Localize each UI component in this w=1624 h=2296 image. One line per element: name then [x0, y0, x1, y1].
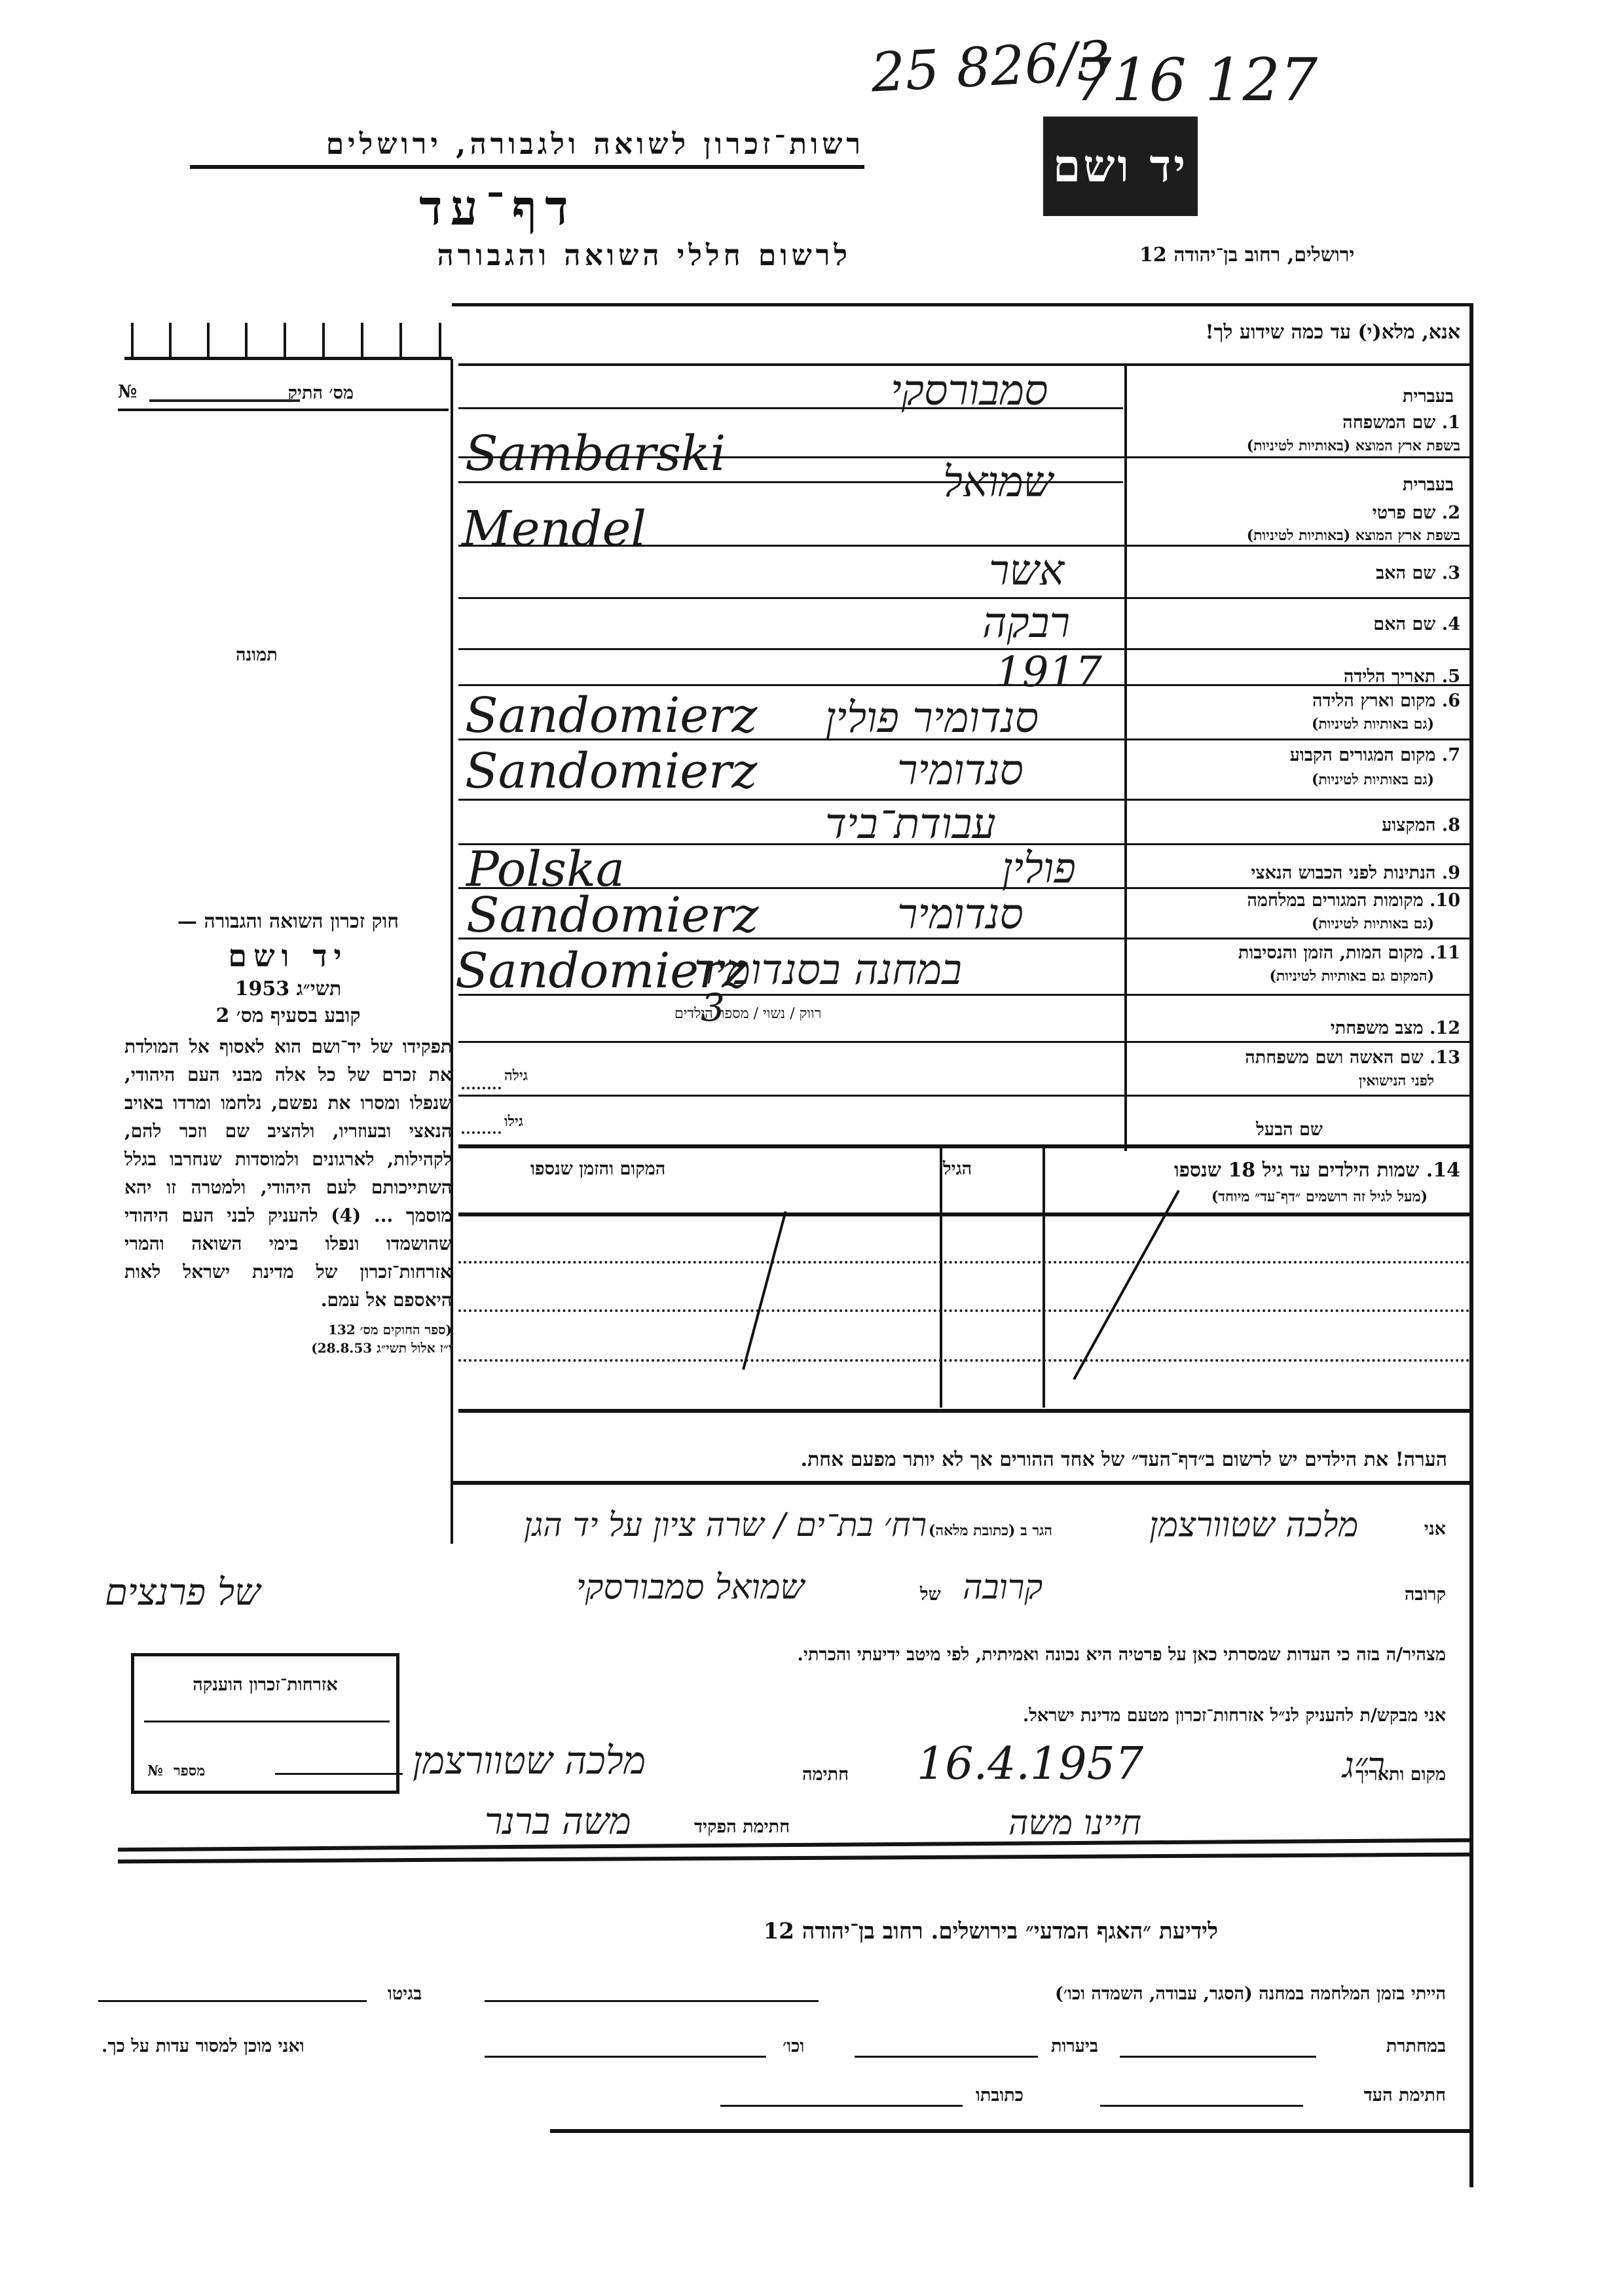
field-2-label: 2. שם פרטי — [1373, 503, 1460, 523]
address: ירושלים, רחוב בן־יהודה 12 — [1139, 244, 1354, 266]
field-12-children-count[interactable]: 3 — [701, 985, 725, 1030]
field-10-label: 10. מקומות המגורים במלחמה — [1247, 890, 1460, 911]
children-col-divider-1 — [940, 1146, 942, 1408]
official-signature-value[interactable]: משה ברנר — [485, 1800, 631, 1843]
law-year: תשי״ג 1953 — [124, 977, 452, 1000]
children-header: 14. שמות הילדים עד גיל 18 שנספו — [1174, 1159, 1460, 1182]
info-line2-suffix: ואני מוכן למסור עדות על כך. — [101, 2036, 304, 2056]
field-10-value-hebrew[interactable]: סנדומיר — [897, 890, 1024, 939]
field-11-label: 11. מקום המות, הזמן והנסיבות — [1238, 943, 1460, 963]
children-col-age: הגיל — [943, 1159, 972, 1179]
children-row-3[interactable] — [458, 1359, 1470, 1362]
declarant-address[interactable]: רח׳ בת־ים / שרה ציון על יד הגן — [524, 1506, 927, 1544]
field-11-sub: (המקום גם באותיות לטיניות) — [1269, 968, 1434, 985]
rule — [458, 1144, 1470, 1148]
children-row-1[interactable] — [458, 1261, 1470, 1264]
rule — [458, 545, 1470, 547]
law-title-line: חוק זכרון השואה והגבורה — — [124, 910, 452, 933]
rule — [458, 481, 1123, 483]
declaration-i-am: אני — [1424, 1519, 1446, 1539]
children-col-divider-2 — [1043, 1146, 1045, 1408]
organization-name: רשות־זכרון לשואה ולגבורה, ירושלים — [326, 128, 864, 161]
law-name: יד ושם — [124, 938, 452, 974]
wife-age-field[interactable] — [462, 1087, 501, 1089]
form-title: דף־עד — [419, 180, 576, 237]
field-5-value[interactable]: 1917 — [995, 648, 1102, 697]
field-10-sub: (גם באותיות לטיניות) — [1312, 915, 1434, 932]
field-13-sub: לפני הנישואין — [1359, 1072, 1434, 1089]
rule — [458, 1095, 1470, 1097]
archive-number-secondary: 716 127 — [1074, 46, 1318, 115]
rule — [452, 1481, 1473, 1485]
witness-signature-label: חתימת העד — [1364, 2085, 1446, 2105]
file-number-rule — [118, 409, 449, 411]
signature-label: חתימה — [802, 1764, 849, 1785]
field-4-value[interactable]: רבקה — [982, 599, 1070, 647]
field-6-value-hebrew[interactable]: סנדומיר פולין — [825, 694, 1039, 742]
field-7-value-latin[interactable]: Sandomierz — [465, 743, 757, 799]
field-13-label: 13. שם האשה ושם משפחתה — [1245, 1048, 1460, 1068]
field-7-value-hebrew[interactable]: סנדומיר — [897, 746, 1024, 795]
declaration-request: אני מבקש/ת להעניק לנ״ל אזרחות־זכרון מטעם… — [1023, 1705, 1446, 1726]
info-line2-forest: ביערות — [1051, 2036, 1098, 2056]
rule — [458, 648, 1470, 650]
field-6-label: 6. מקום וארץ הלידה — [1312, 691, 1460, 711]
yad-vashem-logo: יד ושם — [1043, 117, 1198, 216]
file-number-mark: № — [118, 382, 137, 402]
place-value[interactable]: ר״ג — [1342, 1745, 1385, 1786]
rule — [458, 738, 1470, 740]
rule — [550, 2129, 1473, 2133]
underground-field[interactable] — [1120, 2056, 1316, 2058]
rule — [458, 1409, 1470, 1413]
children-col-place-time: המקום והזמן שנספו — [530, 1159, 665, 1179]
husband-age-field[interactable] — [462, 1131, 501, 1134]
info-line1-suffix: בגיטו — [388, 1984, 422, 2004]
field-2-value-latin[interactable]: Mendel — [462, 501, 646, 557]
rule — [458, 994, 1470, 996]
relation-label: קרובה — [1405, 1584, 1446, 1605]
field-2-lang: בעברית — [1403, 475, 1454, 495]
instruction-text: אנא, מלא(י) עד כמה שידוע לך! — [1205, 321, 1460, 344]
husband-age-label: גילו — [504, 1113, 523, 1130]
rule — [144, 1721, 390, 1722]
relation-value[interactable]: קרובה — [963, 1568, 1043, 1607]
extra-handwritten-note: של פרנצים — [105, 1571, 261, 1614]
rule — [458, 1041, 1470, 1043]
header-rule — [190, 165, 864, 169]
field-1-label: 1. שם המשפחה — [1342, 412, 1460, 433]
field-9-value-hebrew[interactable]: פולין — [1002, 845, 1076, 893]
field-3-value[interactable]: אשר — [989, 547, 1064, 595]
field-8-label: 8. המקצוע — [1382, 815, 1460, 835]
field-9-label: 9. הנתינות לפני הכבוש הנאצי — [1251, 863, 1460, 883]
memorial-citizenship-stamp-box: אזרחות־זכרון הוענקה מספר № — [131, 1653, 399, 1794]
info-title: לידיעת ״האגף המדעי״ בירושלים. רחוב בן־יה… — [764, 1918, 1218, 1944]
field-10-value-latin[interactable]: Sandomierz — [466, 887, 758, 943]
rule — [458, 407, 1123, 409]
photo-ruler — [124, 321, 452, 360]
info-line1-label: הייתי בזמן המלחמה במחנה (הסגר, עבודה, הש… — [1055, 1984, 1446, 2004]
stamp-number-mark: № — [147, 1762, 163, 1779]
field-1-lang: בעברית — [1403, 386, 1454, 407]
declarant-name[interactable]: מלכה שטוורצמן — [1149, 1506, 1358, 1545]
of-value[interactable]: שמואל סמבורסקי — [576, 1568, 804, 1607]
date-value[interactable]: 16.4.1957 — [917, 1738, 1143, 1790]
camp-field[interactable] — [485, 2000, 819, 2002]
note-text: הערה! את הילדים יש לרשום ב״דף־העד״ של אח… — [801, 1448, 1447, 1471]
rule — [458, 1212, 1470, 1216]
stamp-number-field[interactable] — [275, 1773, 403, 1775]
declaration-living-in: הגר ב (כתובת מלאה) — [929, 1522, 1052, 1539]
field-2-sub: בשפת ארץ המוצא (באותיות לטיניות) — [1247, 527, 1460, 544]
witness-address-field[interactable] — [720, 2105, 963, 2107]
law-clause: קובע בסעיף מס׳ 2 — [124, 1004, 452, 1027]
gazette-ref-1: (ספר החוקים מס׳ 132 — [124, 1321, 452, 1339]
ghetto-field[interactable] — [98, 2000, 367, 2002]
rule — [458, 938, 1470, 939]
other-field[interactable] — [485, 2056, 766, 2058]
photo-area[interactable] — [124, 412, 449, 903]
rule — [458, 597, 1470, 599]
of-label: של — [920, 1584, 941, 1605]
field-4-label: 4. שם האם — [1373, 614, 1460, 634]
forest-field[interactable] — [855, 2056, 1038, 2058]
file-number-field[interactable] — [149, 399, 300, 402]
field-1-sub: בשפת ארץ המוצא (באותיות לטיניות) — [1247, 437, 1460, 454]
gazette-ref-2: י״ז אלול תשי״ג 28.8.53) — [124, 1339, 452, 1357]
logo-text: יד ושם — [1053, 140, 1188, 192]
instruction-rule — [458, 363, 1470, 366]
field-6-value-latin[interactable]: Sandomierz — [465, 687, 757, 744]
form-frame — [452, 303, 1473, 2187]
field-8-value[interactable]: עבודת־ביד — [825, 800, 996, 848]
field-1-value-latin[interactable]: Sambarski — [465, 426, 726, 482]
husband-name-label: שם הבעל — [1256, 1120, 1323, 1140]
field-12-options: רווק / נשוי / מספר הילדים — [674, 1005, 821, 1022]
field-12-label: 12. מצב משפחתי — [1331, 1018, 1460, 1038]
children-row-2[interactable] — [458, 1309, 1470, 1312]
wife-age-label: גילה — [504, 1067, 528, 1084]
stamp-title: אזרחות־זכרון הוענקה — [134, 1675, 396, 1695]
field-3-label: 3. שם האב — [1376, 563, 1460, 583]
info-line2-prefix: במחתרת — [1386, 2036, 1446, 2056]
fields-label-divider — [1124, 365, 1127, 1151]
info-line2-etc: וכו׳ — [783, 2036, 804, 2056]
field-7-sub: (גם באותיות לטיניות) — [1312, 771, 1434, 788]
checked-note: חיינו משה — [1008, 1804, 1141, 1843]
stamp-number-label: מספר — [174, 1762, 205, 1779]
field-7-label: 7. מקום המגורים הקבוע — [1290, 745, 1460, 765]
official-signature-label: חתימת הפקיד — [694, 1817, 790, 1837]
witness-signature-field[interactable] — [1100, 2105, 1303, 2107]
field-6-sub: (גם באותיות לטיניות) — [1312, 716, 1434, 733]
signature-value[interactable]: מלכה שטוורצמן — [413, 1738, 646, 1783]
rule — [458, 684, 1470, 686]
children-sub: (מעל לגיל זה רושמים ״דף־עד״ מיוחד) — [1211, 1188, 1428, 1205]
law-body: תפקידו של יד־ושם הוא לאסוף אל המולדת את … — [124, 1032, 452, 1314]
declaration-statement: מצהיר/ה בזה כי העדות שמסרתי כאן על פרטיה… — [797, 1645, 1446, 1665]
law-excerpt: חוק זכרון השואה והגבורה — יד ושם תשי״ג 1… — [124, 910, 452, 1357]
form-subtitle: לרשום חללי השואה והגבורה — [437, 239, 851, 272]
witness-address-label: כתובתו — [976, 2085, 1024, 2105]
